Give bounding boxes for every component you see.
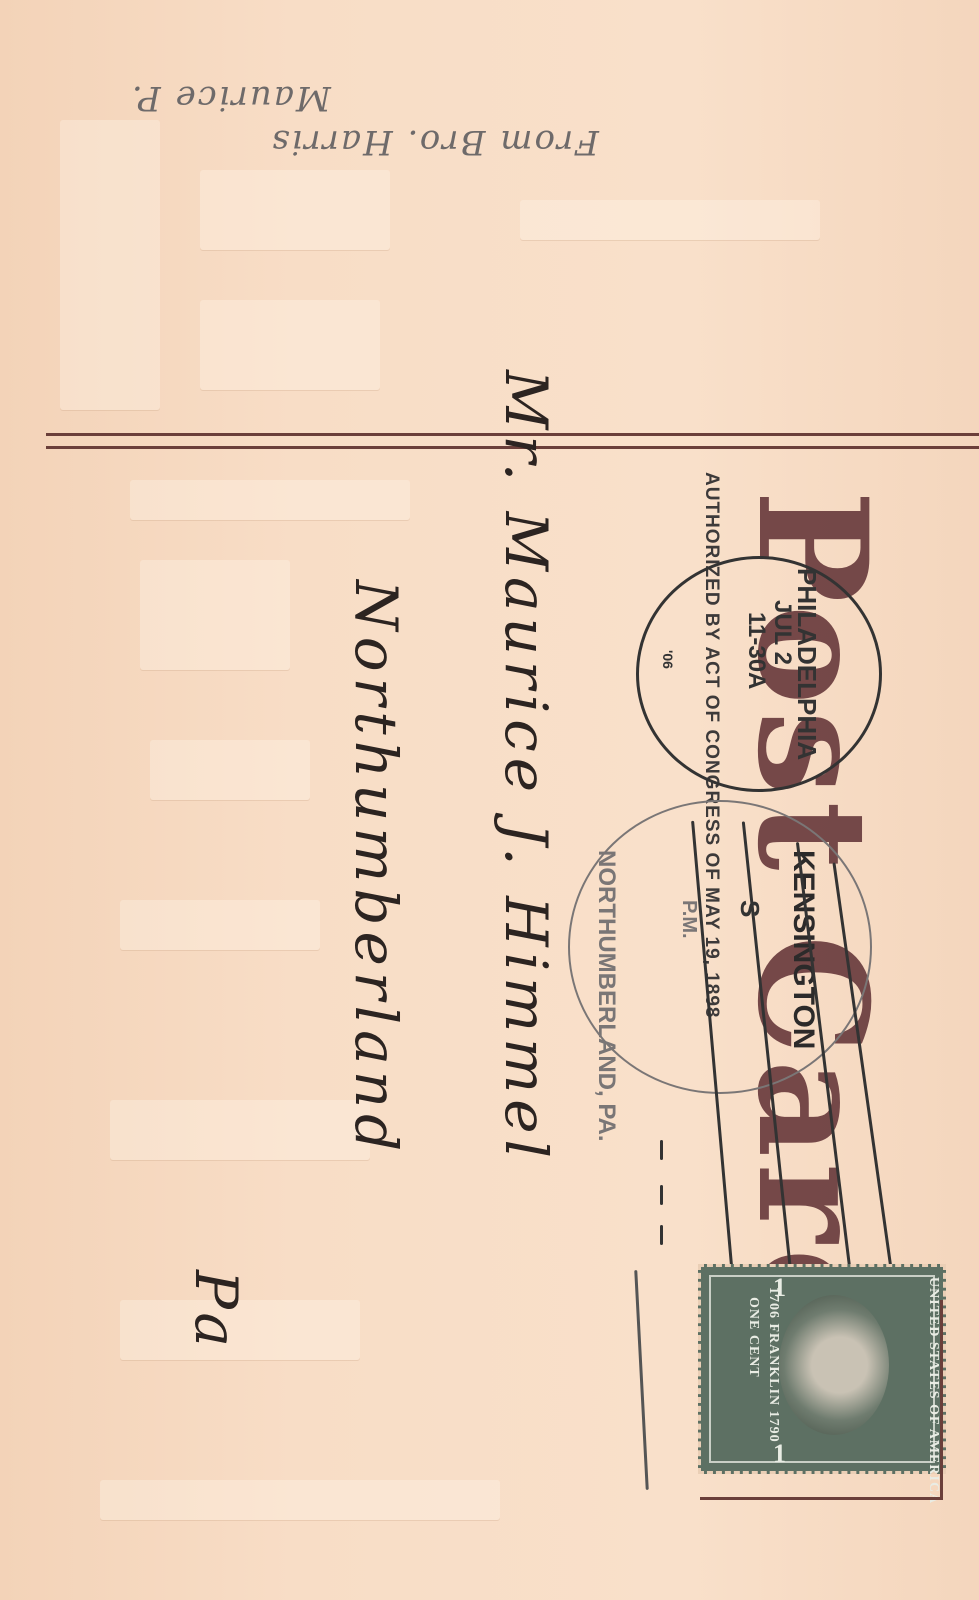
cancel-dash (660, 1225, 663, 1245)
embossed-pattern (60, 120, 160, 410)
border-rule (700, 1497, 940, 1500)
pencil-note-line2: Maurice P. (130, 78, 331, 118)
stamp-value-top: 1 (773, 1439, 786, 1469)
cancel-dash (634, 1270, 649, 1490)
embossed-pattern (120, 900, 320, 950)
embossed-pattern (110, 1100, 370, 1160)
stamp-value-bottom: 1 (773, 1273, 786, 1303)
stamp-years: 1706 FRANKLIN 1790 (765, 1287, 781, 1443)
postmark-receiving-time: P.M. (677, 900, 700, 939)
cancel-dash (660, 1140, 663, 1160)
postmark-receiving-city: NORTHUMBERLAND, PA. (592, 850, 620, 1142)
postcard: From Bro. Harris Maurice P. Post Card AU… (0, 0, 979, 1600)
stamp-denomination: ONE CENT (745, 1297, 761, 1378)
embossed-pattern (520, 200, 820, 240)
postage-stamp: UNITED STATES OF AMERICA 1706 FRANKLIN 1… (698, 1264, 946, 1474)
address-line2: Northumberland (342, 580, 410, 1157)
postmark-year: '06 (660, 650, 676, 669)
cancel-dash (660, 1185, 663, 1205)
border-rule (940, 1300, 943, 1500)
embossed-pattern (200, 300, 380, 390)
franklin-portrait (779, 1295, 889, 1435)
pencil-note-line1: From Bro. Harris (270, 122, 599, 162)
embossed-pattern (200, 170, 390, 250)
postmark-time: 11-30A (742, 612, 770, 689)
address-line1: Mr. Maurice J. Himmel (492, 370, 560, 1164)
embossed-pattern (140, 560, 290, 670)
stamp-country: UNITED STATES OF AMERICA (925, 1277, 941, 1504)
postmark-date: JUL 2 (768, 600, 796, 665)
embossed-pattern (130, 480, 410, 520)
address-line3: Pa (182, 1270, 250, 1353)
embossed-pattern (100, 1480, 500, 1520)
embossed-pattern (150, 740, 310, 800)
